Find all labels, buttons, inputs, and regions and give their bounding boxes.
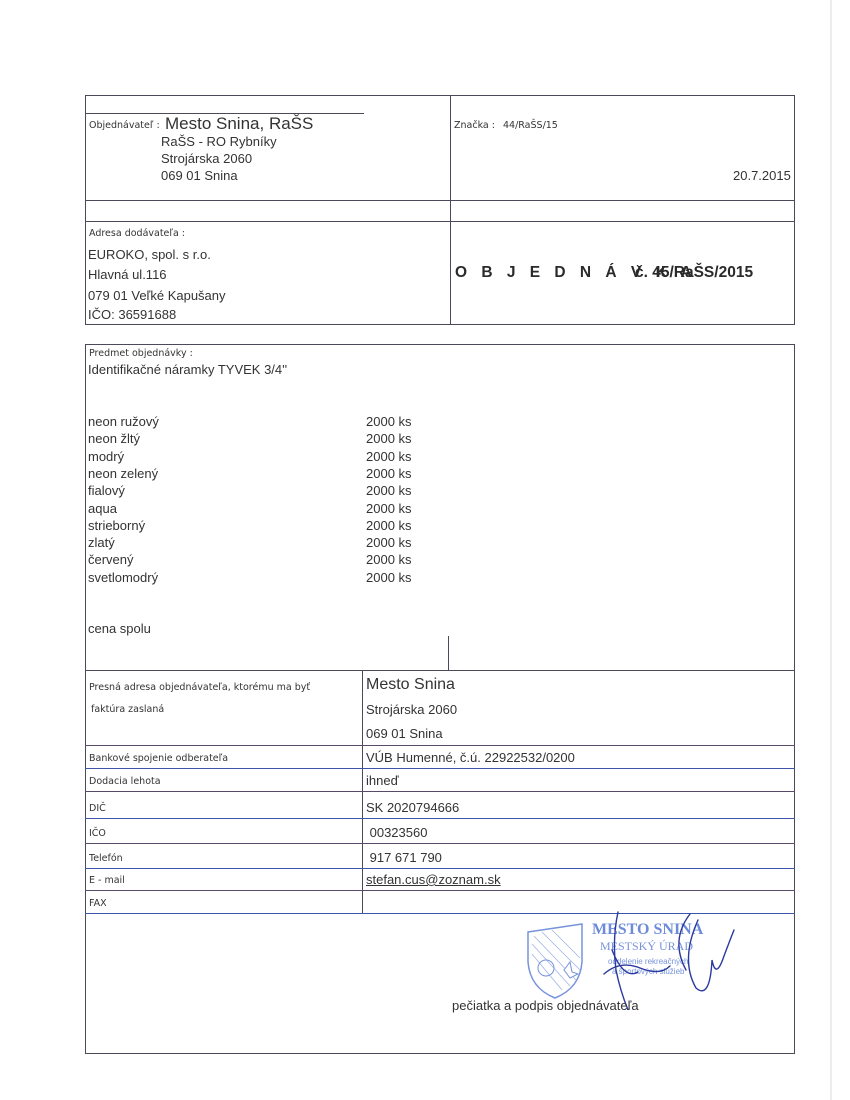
order-date: 20.7.2015	[733, 168, 791, 183]
detail-label: Dodacia lehota	[89, 776, 161, 787]
supplier-line-3: 079 01 Veľké Kapušany	[88, 288, 226, 303]
row-separator	[85, 791, 795, 792]
row-separator	[85, 843, 795, 844]
item-name: svetlomodrý	[88, 570, 158, 585]
detail-value: SK 2020794666	[366, 800, 459, 815]
detail-label: Bankové spojenie odberateľa	[89, 753, 228, 764]
item-name: zlatý	[88, 535, 115, 550]
row-separator	[85, 768, 795, 769]
item-quantity: 2000 ks	[366, 552, 412, 567]
total-label: cena spolu	[88, 621, 151, 636]
header-sep-1	[85, 200, 795, 201]
detail-value: ihneď	[366, 773, 399, 788]
items-box	[85, 344, 795, 671]
email-link[interactable]: stefan.cus@zoznam.sk	[366, 872, 501, 887]
orderer-name: Mesto Snina, RaŠS	[165, 114, 313, 134]
supplier-label: Adresa dodávateľa :	[89, 228, 185, 239]
detail-label: E - mail	[89, 875, 125, 886]
reference-label: Značka :	[454, 120, 495, 131]
orderer-line-3: 069 01 Snina	[161, 168, 238, 183]
item-name: modrý	[88, 449, 124, 464]
coat-of-arms-icon	[528, 924, 582, 998]
invoice-address-line-2: Strojárska 2060	[366, 702, 457, 717]
supplier-line-4: IČO: 36591688	[88, 307, 176, 322]
row-separator	[85, 818, 795, 819]
scan-edge	[830, 0, 832, 1100]
supplier-line-1: EUROKO, spol. s r.o.	[88, 247, 211, 262]
header-divider	[450, 95, 451, 325]
total-divider	[448, 636, 449, 671]
signature-caption: pečiatka a podpis objednávateľa	[452, 998, 639, 1013]
item-name: aqua	[88, 501, 117, 516]
supplier-line-2: Hlavná ul.116	[88, 267, 167, 282]
row-separator	[85, 745, 795, 746]
subject-label: Predmet objednávky :	[89, 348, 193, 359]
orderer-label: Objednávateľ :	[89, 120, 160, 131]
item-quantity: 2000 ks	[366, 414, 412, 429]
item-name: červený	[88, 552, 134, 567]
detail-label: FAX	[89, 898, 107, 909]
subject-value: Identifikačné náramky TYVEK 3/4''	[88, 362, 287, 377]
item-quantity: 2000 ks	[366, 483, 412, 498]
order-number: č. 45/RaŠS/2015	[635, 264, 753, 282]
item-name: strieborný	[88, 518, 145, 533]
detail-value: 00323560	[366, 825, 427, 840]
detail-value: VÚB Humenné, č.ú. 22922532/0200	[366, 750, 575, 765]
orderer-line-1: RaŠS - RO Rybníky	[161, 134, 277, 149]
item-name: neon žltý	[88, 431, 140, 446]
detail-value: 917 671 790	[366, 850, 442, 865]
item-name: neon ružový	[88, 414, 159, 429]
item-name: neon zelený	[88, 466, 158, 481]
detail-label: IČO	[89, 828, 106, 839]
stamp-line-1: MESTO SNINA	[592, 921, 704, 938]
detail-label: DIČ	[89, 803, 106, 814]
invoice-address-label-2: faktúra zaslaná	[91, 704, 164, 715]
row-separator	[85, 890, 795, 891]
orderer-line-2: Strojárska 2060	[161, 151, 252, 166]
invoice-address-line-3: 069 01 Snina	[366, 726, 443, 741]
item-quantity: 2000 ks	[366, 535, 412, 550]
item-name: fialový	[88, 483, 125, 498]
invoice-address-label-1: Presná adresa objednávateľa, ktorému ma …	[89, 682, 310, 693]
row-separator	[85, 868, 795, 869]
stamp-and-signature: MESTO SNINA MESTSKÝ ÚRAD oddelenie rekre…	[520, 910, 740, 1010]
item-quantity: 2000 ks	[366, 431, 412, 446]
header-sep-2	[85, 221, 795, 222]
item-quantity: 2000 ks	[366, 518, 412, 533]
item-quantity: 2000 ks	[366, 449, 412, 464]
reference-value: 44/RaŠS/15	[503, 120, 558, 131]
item-quantity: 2000 ks	[366, 570, 412, 585]
invoice-address-line-1: Mesto Snina	[366, 676, 455, 694]
item-quantity: 2000 ks	[366, 466, 412, 481]
detail-label: Telefón	[89, 853, 123, 864]
item-quantity: 2000 ks	[366, 501, 412, 516]
